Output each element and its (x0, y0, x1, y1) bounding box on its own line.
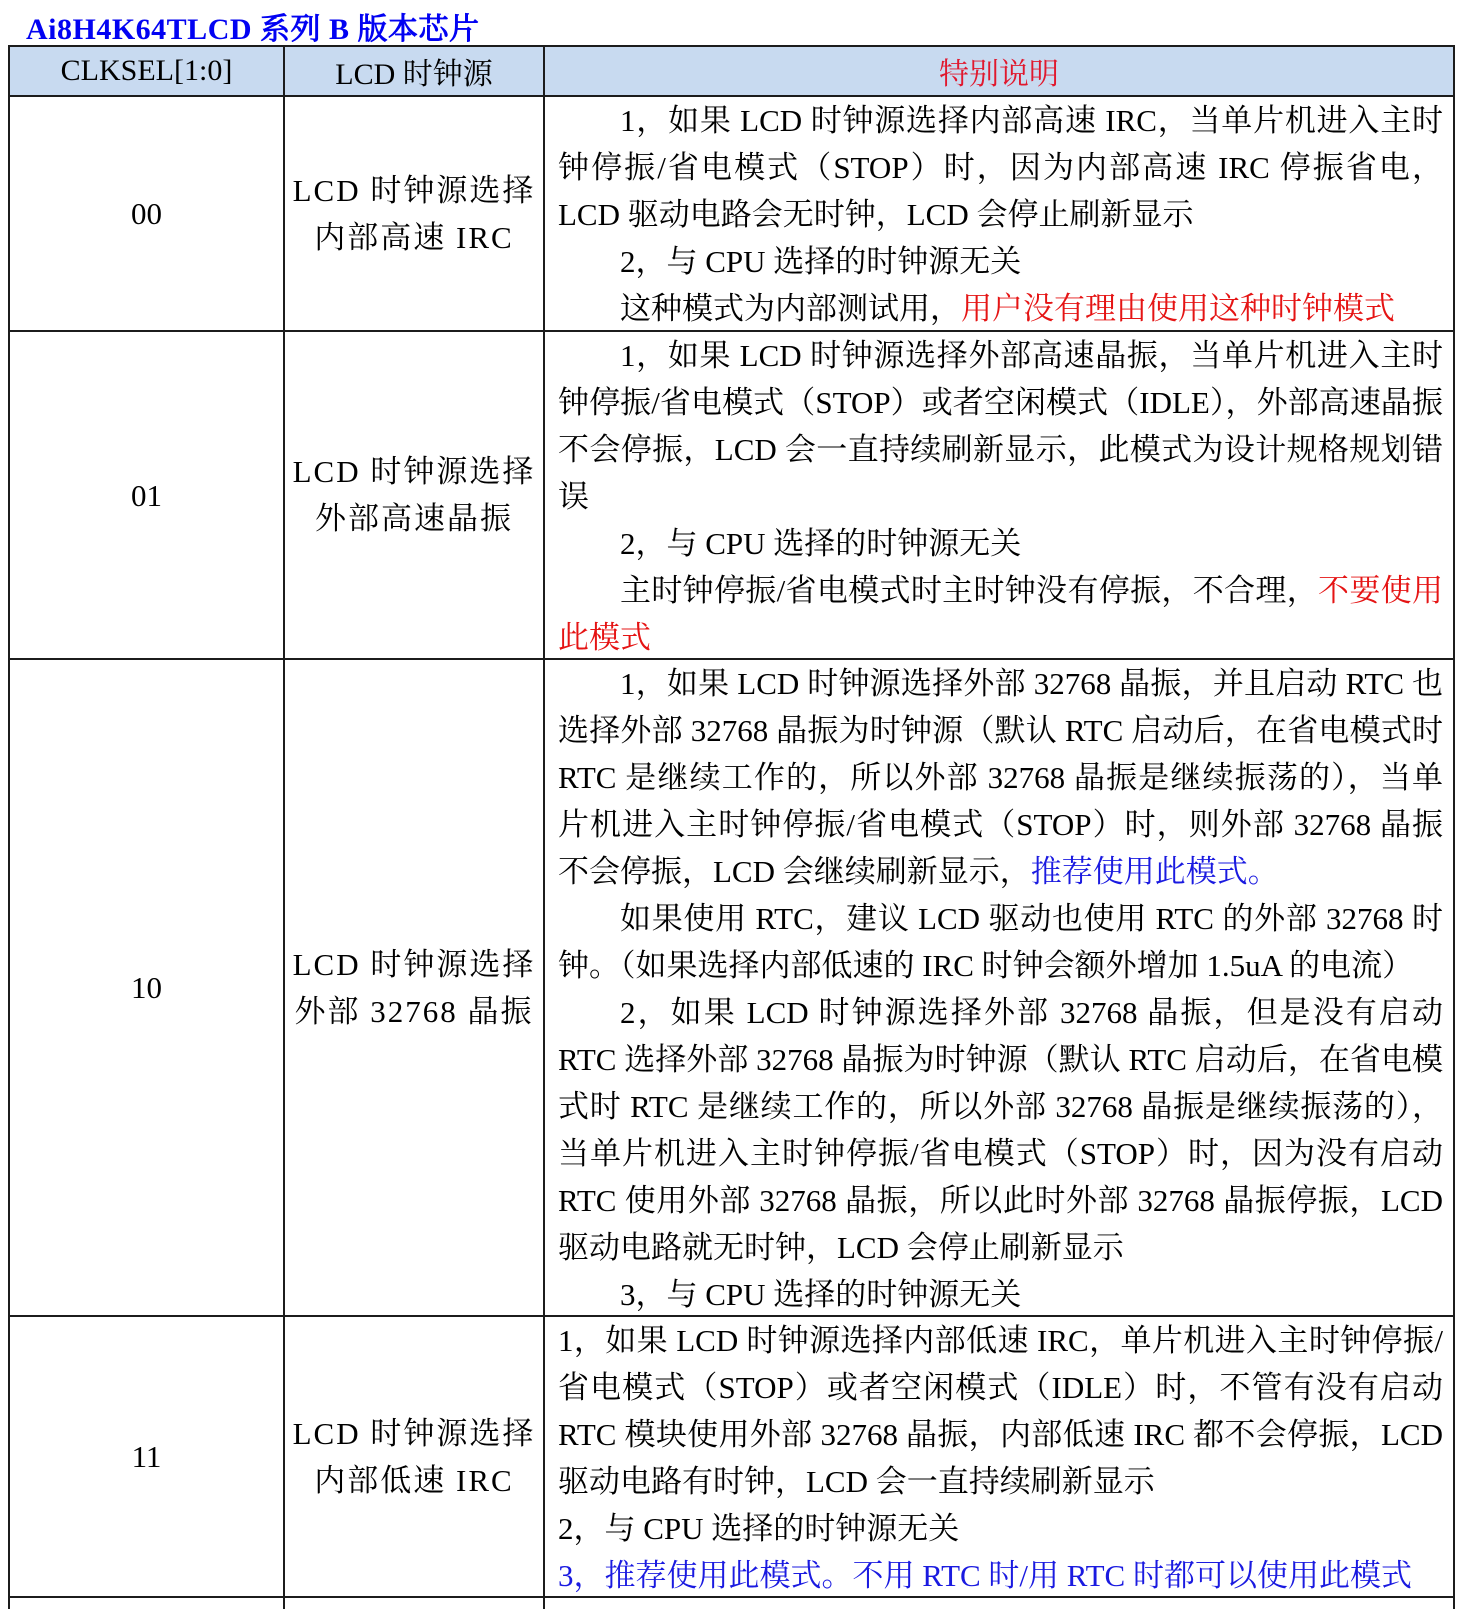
clock-source-cell (285, 1598, 545, 1609)
clock-source-text: LCD 时钟源选择 外部 32768 晶振 (293, 941, 536, 1035)
note-paragraph: 1，如果 LCD 时钟源选择内部高速 IRC，当单片机进入主时钟停振/省电模式（… (558, 97, 1443, 238)
notes-cell: 1，如果 LCD 时钟源选择内部高速 IRC，当单片机进入主时钟停振/省电模式（… (545, 97, 1453, 330)
notes-cell (545, 1598, 1453, 1609)
note-segment: 1，如果 LCD 时钟源选择外部 32768 晶振，并且启动 RTC 也选择外部… (558, 666, 1443, 889)
table-row: 01LCD 时钟源选择 外部高速晶振1，如果 LCD 时钟源选择外部高速晶振，当… (10, 332, 1453, 660)
header-clksel-label: CLKSEL[1:0] (61, 54, 233, 88)
clksel-value: 11 (132, 1433, 162, 1480)
note-segment: 用户没有理由使用这种时钟模式 (961, 291, 1395, 326)
note-segment: 2，与 CPU 选择的时钟源无关 (558, 1511, 959, 1546)
note-paragraph: 这种模式为内部测试用，用户没有理由使用这种时钟模式 (558, 285, 1443, 330)
clksel-table: CLKSEL[1:0] LCD 时钟源 特别说明 00LCD 时钟源选择 内部高… (8, 45, 1455, 1609)
note-paragraph: 2，与 CPU 选择的时钟源无关 (558, 1505, 1443, 1552)
note-segment: 1，如果 LCD 时钟源选择外部高速晶振，当单片机进入主时钟停振/省电模式（ST… (558, 338, 1443, 514)
note-paragraph: 3，推荐使用此模式。不用 RTC 时/用 RTC 时都可以使用此模式 (558, 1552, 1443, 1596)
clksel-cell: 11 (10, 1317, 285, 1596)
table-row: 10LCD 时钟源选择 外部 32768 晶振1，如果 LCD 时钟源选择外部 … (10, 660, 1453, 1317)
header-cell-source: LCD 时钟源 (285, 47, 545, 95)
page-title: Ai8H4K64TLCD 系列 B 版本芯片 (26, 4, 480, 48)
note-paragraph: 3，与 CPU 选择的时钟源无关 (558, 1271, 1443, 1315)
note-segment: 1，如果 LCD 时钟源选择内部低速 IRC，单片机进入主时钟停振/省电模式（S… (558, 1323, 1443, 1499)
clock-source-cell: LCD 时钟源选择 外部高速晶振 (285, 332, 545, 658)
note-segment: 推荐使用此模式。 (1031, 854, 1279, 889)
table-row: 00LCD 时钟源选择 内部高速 IRC1，如果 LCD 时钟源选择内部高速 I… (10, 97, 1453, 332)
table-body: 00LCD 时钟源选择 内部高速 IRC1，如果 LCD 时钟源选择内部高速 I… (10, 97, 1453, 1609)
clock-source-cell: LCD 时钟源选择 内部低速 IRC (285, 1317, 545, 1596)
note-segment: 3，与 CPU 选择的时钟源无关 (620, 1277, 1021, 1312)
clock-source-cell: LCD 时钟源选择 外部 32768 晶振 (285, 660, 545, 1315)
note-segment: 这种模式为内部测试用， (620, 291, 961, 326)
clock-source-text: LCD 时钟源选择 内部高速 IRC (293, 167, 536, 261)
notes-cell: 1，如果 LCD 时钟源选择内部低速 IRC，单片机进入主时钟停振/省电模式（S… (545, 1317, 1453, 1596)
note-paragraph: 如果使用 RTC，建议 LCD 驱动也使用 RTC 的外部 32768 时钟。（… (558, 895, 1443, 989)
table-header-row: CLKSEL[1:0] LCD 时钟源 特别说明 (10, 47, 1453, 97)
datasheet-page: Ai8H4K64TLCD 系列 B 版本芯片 CLKSEL[1:0] LCD 时… (0, 0, 1462, 1609)
header-cell-clksel: CLKSEL[1:0] (10, 47, 285, 95)
note-segment: 2，如果 LCD 时钟源选择外部 32768 晶振，但是没有启动 RTC 选择外… (558, 995, 1443, 1265)
clksel-value: 10 (131, 964, 162, 1011)
note-segment: 2，与 CPU 选择的时钟源无关 (620, 244, 1021, 279)
clksel-cell (10, 1598, 285, 1609)
note-segment: 1，如果 LCD 时钟源选择内部高速 IRC，当单片机进入主时钟停振/省电模式（… (558, 103, 1443, 232)
table-row: 11LCD 时钟源选择 内部低速 IRC1，如果 LCD 时钟源选择内部低速 I… (10, 1317, 1453, 1598)
note-paragraph: 1，如果 LCD 时钟源选择外部 32768 晶振，并且启动 RTC 也选择外部… (558, 660, 1443, 895)
clksel-value: 01 (131, 472, 162, 519)
note-paragraph: 主时钟停振/省电模式时主时钟没有停振，不合理，不要使用此模式 (558, 567, 1443, 658)
table-row-partial (10, 1598, 1453, 1609)
clksel-cell: 00 (10, 97, 285, 330)
note-segment: 如果使用 RTC，建议 LCD 驱动也使用 RTC 的外部 32768 时钟。（… (558, 901, 1443, 983)
note-paragraph: 2，如果 LCD 时钟源选择外部 32768 晶振，但是没有启动 RTC 选择外… (558, 989, 1443, 1271)
note-paragraph: 1，如果 LCD 时钟源选择内部低速 IRC，单片机进入主时钟停振/省电模式（S… (558, 1317, 1443, 1505)
note-segment: 2，与 CPU 选择的时钟源无关 (620, 526, 1021, 561)
note-paragraph: 2，与 CPU 选择的时钟源无关 (558, 238, 1443, 285)
note-paragraph: 2，与 CPU 选择的时钟源无关 (558, 520, 1443, 567)
clock-source-text: LCD 时钟源选择 外部高速晶振 (293, 448, 536, 542)
clock-source-cell: LCD 时钟源选择 内部高速 IRC (285, 97, 545, 330)
clksel-value: 00 (131, 190, 162, 237)
header-cell-notes: 特别说明 (545, 47, 1453, 95)
note-segment: 主时钟停振/省电模式时主时钟没有停振，不合理， (620, 573, 1318, 608)
header-notes-label: 特别说明 (939, 49, 1059, 93)
notes-cell: 1，如果 LCD 时钟源选择外部高速晶振，当单片机进入主时钟停振/省电模式（ST… (545, 332, 1453, 658)
notes-cell: 1，如果 LCD 时钟源选择外部 32768 晶振，并且启动 RTC 也选择外部… (545, 660, 1453, 1315)
note-paragraph: 1，如果 LCD 时钟源选择外部高速晶振，当单片机进入主时钟停振/省电模式（ST… (558, 332, 1443, 520)
clksel-cell: 01 (10, 332, 285, 658)
header-source-label: LCD 时钟源 (335, 49, 493, 93)
clock-source-text: LCD 时钟源选择 内部低速 IRC (293, 1410, 536, 1504)
note-segment: 3，推荐使用此模式。不用 RTC 时/用 RTC 时都可以使用此模式 (558, 1558, 1412, 1593)
clksel-cell: 10 (10, 660, 285, 1315)
